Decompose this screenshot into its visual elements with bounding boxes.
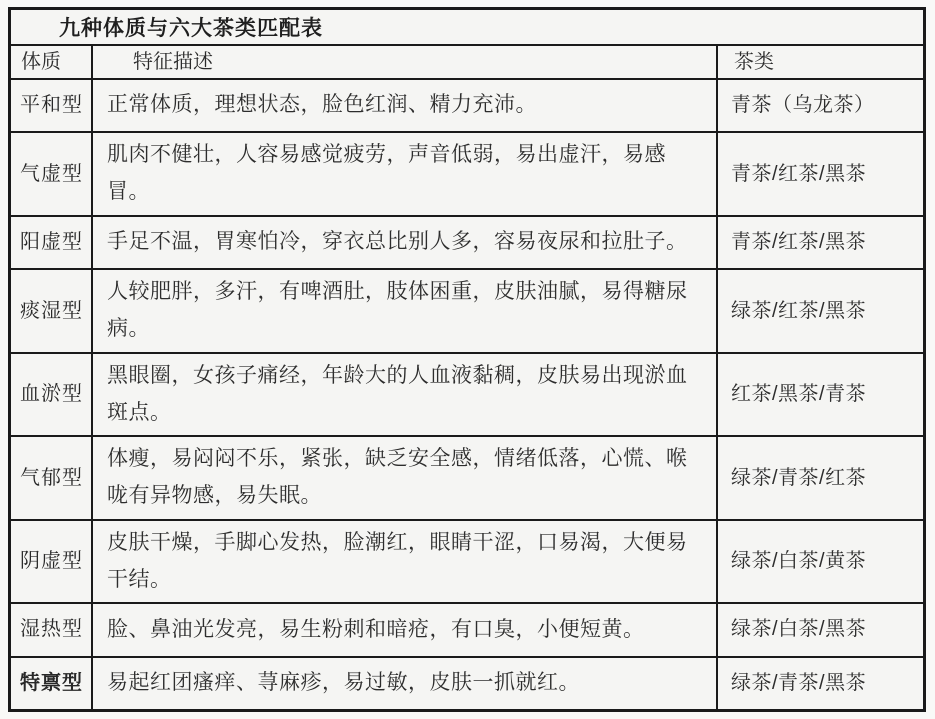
- constitution-description: 正常体质，理想状态，脸色红润、精力充沛。: [93, 80, 716, 131]
- tea-match: 绿茶/青茶/黑茶: [716, 658, 923, 709]
- table-row-shire: 湿热型 脸、鼻油光发亮，易生粉刺和暗疮，有口臭，小便短黄。 绿茶/白茶/黑茶: [11, 604, 923, 657]
- constitution-type: 湿热型: [11, 604, 93, 655]
- table-row-qiyu: 气郁型 体瘦，易闷闷不乐，紧张，缺乏安全感，情绪低落，心慌、喉咙有异物感，易失眠…: [11, 437, 923, 521]
- constitution-description: 手足不温，胃寒怕冷，穿衣总比别人多，容易夜尿和拉肚子。: [93, 217, 716, 268]
- constitution-type: 特禀型: [11, 658, 93, 709]
- table-title-row: 九种体质与六大茶类匹配表: [11, 10, 923, 46]
- tea-match: 红茶/黑茶/青茶: [716, 354, 923, 436]
- constitution-description: 易起红团瘙痒、荨麻疹，易过敏，皮肤一抓就红。: [93, 658, 716, 709]
- table-row-yangxu: 阳虚型 手足不温，胃寒怕冷，穿衣总比别人多，容易夜尿和拉肚子。 青茶/红茶/黑茶: [11, 217, 923, 270]
- table-row-tanshi: 痰湿型 人较肥胖，多汗，有啤酒肚，肢体困重，皮肤油腻，易得糖尿病。 绿茶/红茶/…: [11, 270, 923, 354]
- table-header-row: 体质 特征描述 茶类: [11, 46, 923, 80]
- header-constitution: 体质: [11, 46, 93, 79]
- constitution-description: 人较肥胖，多汗，有啤酒肚，肢体困重，皮肤油腻，易得糖尿病。: [93, 270, 716, 352]
- tea-match: 青茶/红茶/黑茶: [716, 217, 923, 268]
- table-row-yinxu: 阴虚型 皮肤干燥，手脚心发热，脸潮红，眼睛干涩，口易渴，大便易干结。 绿茶/白茶…: [11, 521, 923, 605]
- table-row-xueyu: 血淤型 黑眼圈，女孩子痛经，年龄大的人血液黏稠，皮肤易出现淤血斑点。 红茶/黑茶…: [11, 354, 923, 438]
- tea-match: 绿茶/白茶/黑茶: [716, 604, 923, 655]
- constitution-description: 体瘦，易闷闷不乐，紧张，缺乏安全感，情绪低落，心慌、喉咙有异物感，易失眠。: [93, 437, 716, 519]
- table-row-pinghe: 平和型 正常体质，理想状态，脸色红润、精力充沛。 青茶（乌龙茶）: [11, 80, 923, 133]
- tea-match: 绿茶/红茶/黑茶: [716, 270, 923, 352]
- constitution-description: 肌肉不健壮，人容易感觉疲劳，声音低弱，易出虚汗，易感冒。: [93, 133, 716, 215]
- tea-match: 绿茶/青茶/红茶: [716, 437, 923, 519]
- tea-constitution-table: 九种体质与六大茶类匹配表 体质 特征描述 茶类 平和型 正常体质，理想状态，脸色…: [8, 7, 926, 712]
- constitution-type: 阴虚型: [11, 521, 93, 603]
- constitution-type: 血淤型: [11, 354, 93, 436]
- table-row-qixu: 气虚型 肌肉不健壮，人容易感觉疲劳，声音低弱，易出虚汗，易感冒。 青茶/红茶/黑…: [11, 133, 923, 217]
- tea-match: 青茶/红茶/黑茶: [716, 133, 923, 215]
- constitution-type: 平和型: [11, 80, 93, 131]
- tea-match: 绿茶/白茶/黄茶: [716, 521, 923, 603]
- constitution-description: 黑眼圈，女孩子痛经，年龄大的人血液黏稠，皮肤易出现淤血斑点。: [93, 354, 716, 436]
- constitution-description: 皮肤干燥，手脚心发热，脸潮红，眼睛干涩，口易渴，大便易干结。: [93, 521, 716, 603]
- document-page: 九种体质与六大茶类匹配表 体质 特征描述 茶类 平和型 正常体质，理想状态，脸色…: [0, 0, 935, 719]
- constitution-type: 气郁型: [11, 437, 93, 519]
- table-title: 九种体质与六大茶类匹配表: [59, 12, 323, 42]
- table-row-tebing: 特禀型 易起红团瘙痒、荨麻疹，易过敏，皮肤一抓就红。 绿茶/青茶/黑茶: [11, 658, 923, 709]
- constitution-type: 阳虚型: [11, 217, 93, 268]
- tea-match: 青茶（乌龙茶）: [716, 80, 923, 131]
- constitution-type: 气虚型: [11, 133, 93, 215]
- constitution-type: 痰湿型: [11, 270, 93, 352]
- header-description: 特征描述: [93, 46, 716, 79]
- constitution-description: 脸、鼻油光发亮，易生粉刺和暗疮，有口臭，小便短黄。: [93, 604, 716, 655]
- header-tea: 茶类: [716, 46, 923, 79]
